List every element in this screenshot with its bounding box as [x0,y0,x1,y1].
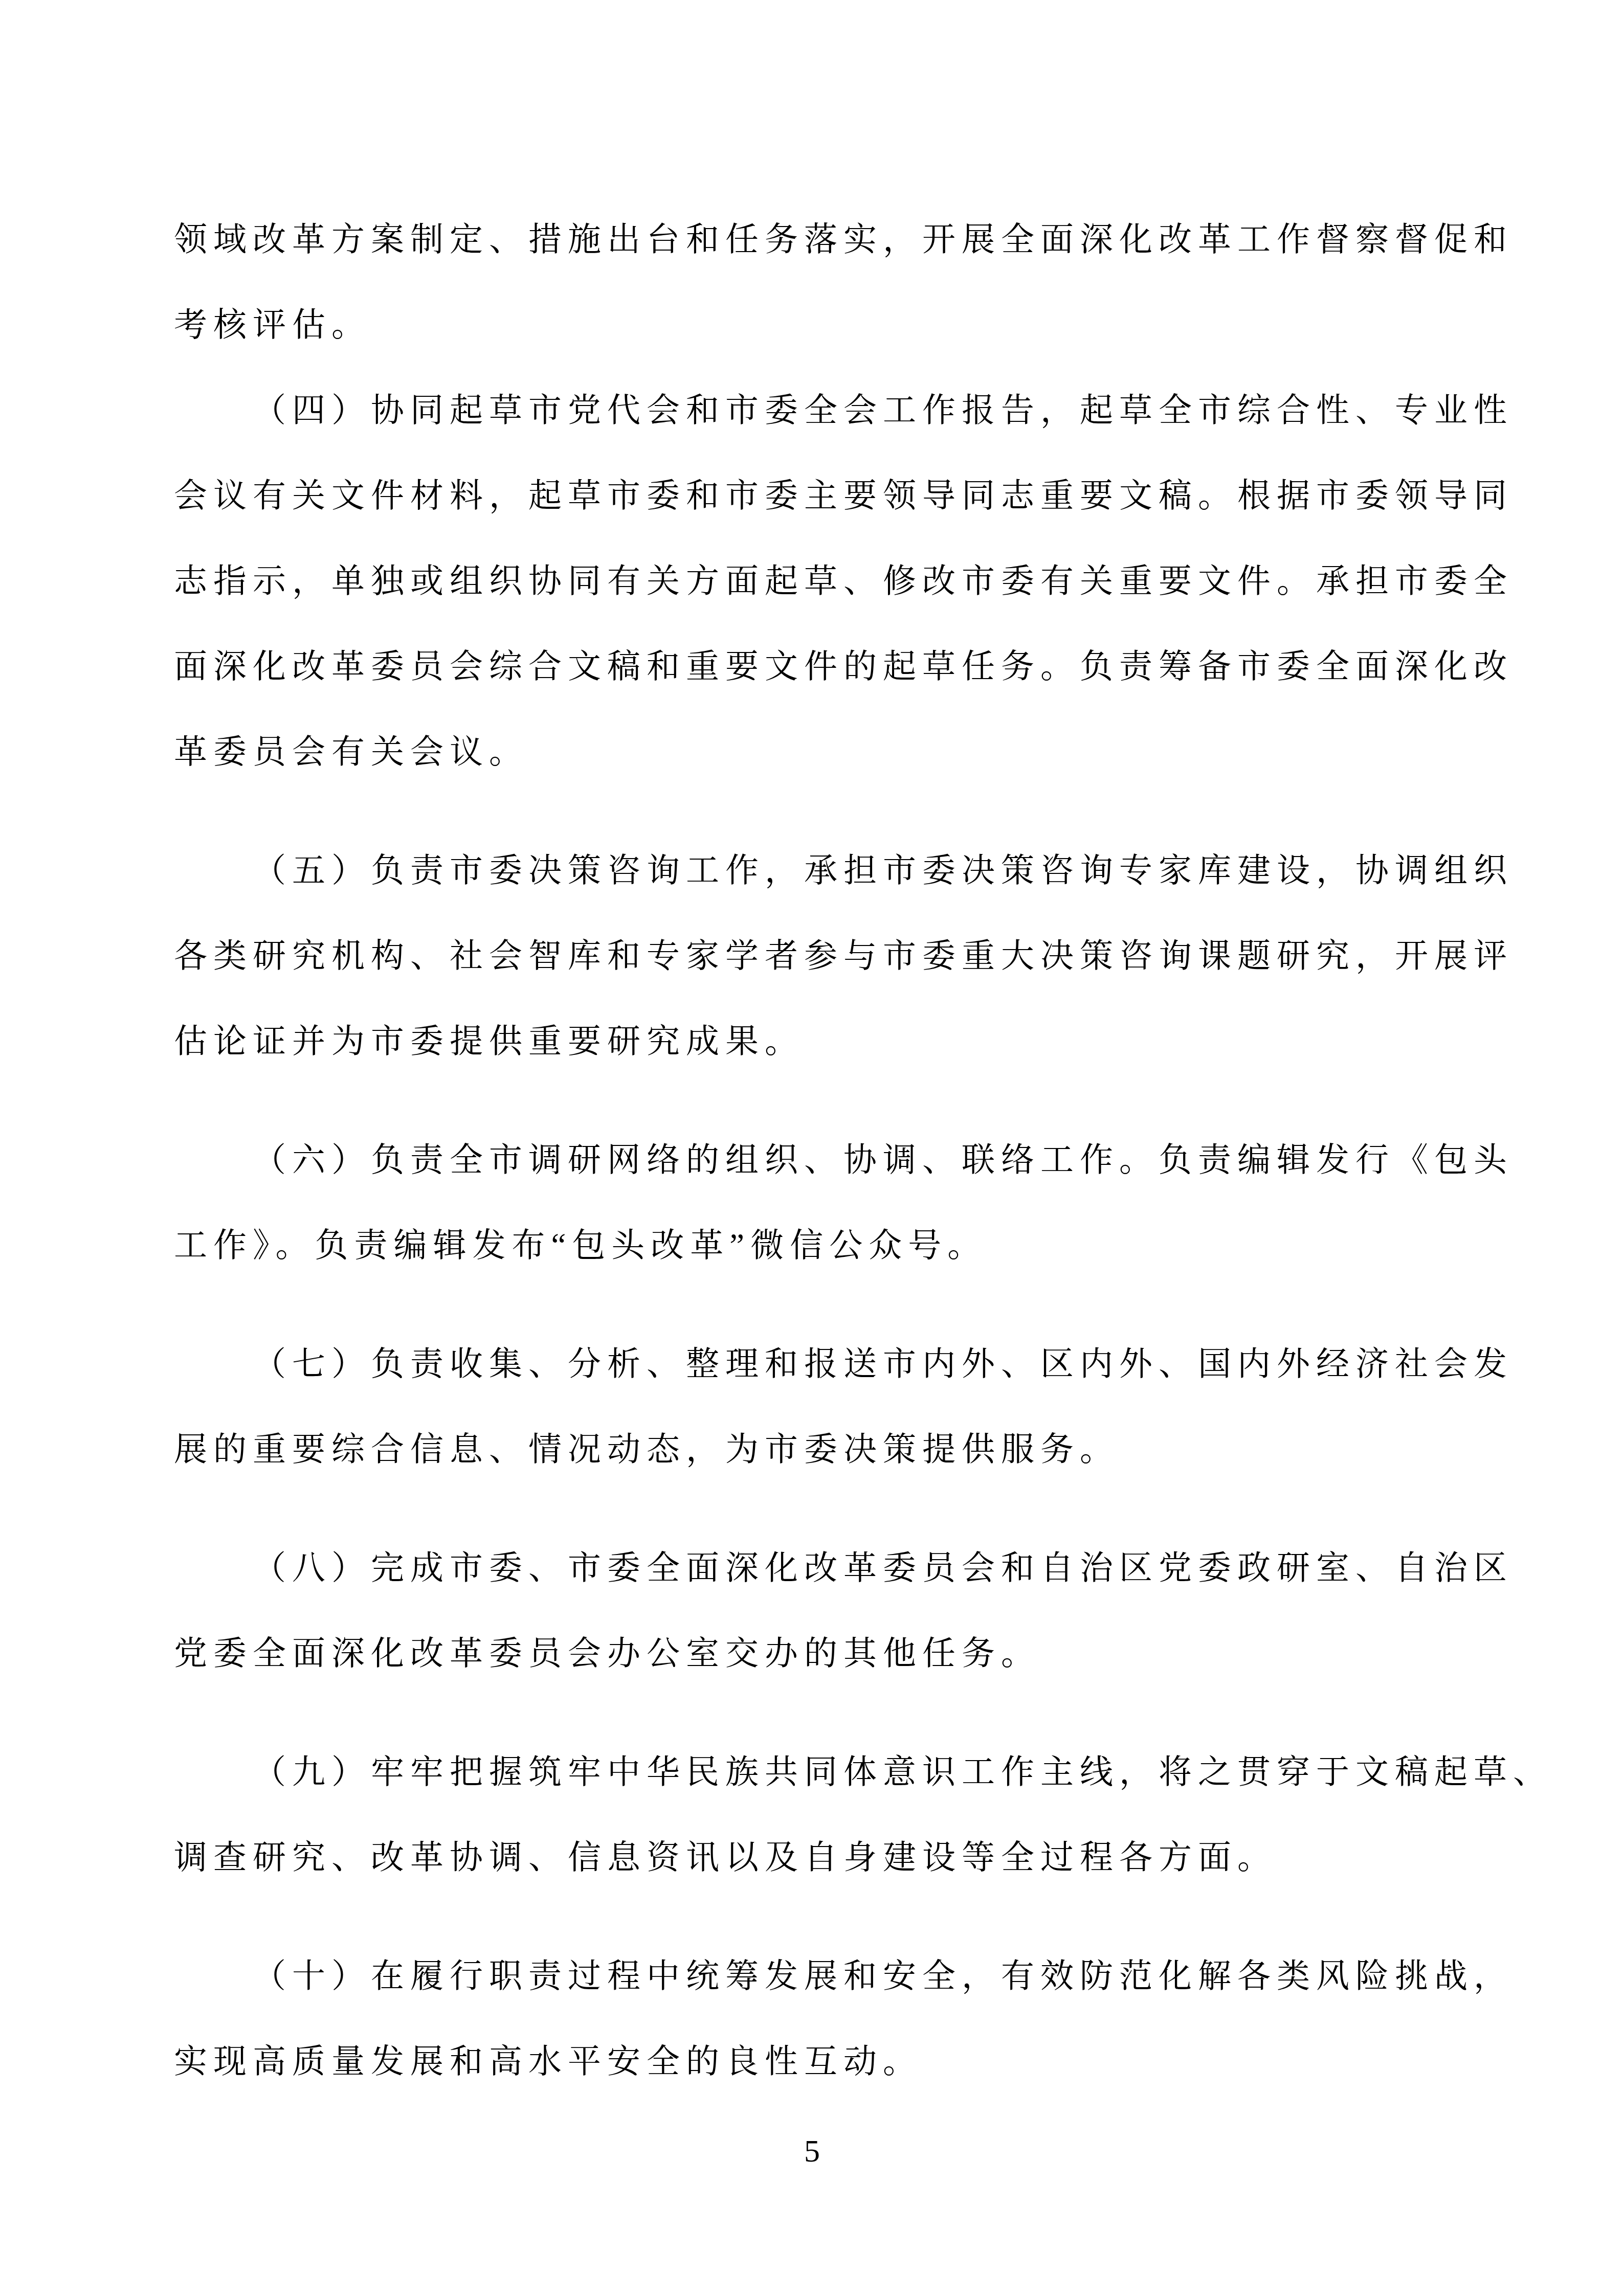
paragraph-item-9: （九）牢牢把握筑牢中华民族共同体意识工作主线，将之贯穿于文稿起草、 调查研究、改… [174,1730,1478,1901]
page-number: 5 [0,2133,1624,2169]
text-line: 会议有关文件材料，起草市委和市委主要领导同志重要文稿。根据市委领导同 [174,454,1478,539]
text-line: 志指示，单独或组织协同有关方面起草、修改市委有关重要文件。承担市委全 [174,539,1478,624]
text-line: （九）牢牢把握筑牢中华民族共同体意识工作主线，将之贯穿于文稿起草、 [174,1730,1478,1815]
text-line: （六）负责全市调研网络的组织、协调、联络工作。负责编辑发行《包头 [174,1118,1478,1203]
paragraph-item-5: （五）负责市委决策咨询工作，承担市委决策咨询专家库建设，协调组织 各类研究机构、… [174,828,1478,1085]
text-line: 考核评估。 [174,283,1478,368]
paragraph-item-7: （七）负责收集、分析、整理和报送市内外、区内外、国内外经济社会发 展的重要综合信… [174,1322,1478,1493]
paragraph-item-4: （四）协同起草市党代会和市委全会工作报告，起草全市综合性、专业性 会议有关文件材… [174,368,1478,795]
document-body: 领域改革方案制定、措施出台和任务落实，开展全面深化改革工作督察督促和 考核评估。… [174,197,1478,2105]
text-line: 面深化改革委员会综合文稿和重要文件的起草任务。负责筹备市委全面深化改 [174,624,1478,710]
text-line: 估论证并为市委提供重要研究成果。 [174,999,1478,1085]
paragraph-item-8: （八）完成市委、市委全面深化改革委员会和自治区党委政研室、自治区 党委全面深化改… [174,1526,1478,1697]
paragraph-item-6: （六）负责全市调研网络的组织、协调、联络工作。负责编辑发行《包头 工作》。负责编… [174,1118,1478,1289]
text-line: （十）在履行职责过程中统筹发展和安全，有效防范化解各类风险挑战， [174,1934,1478,2019]
text-line: （五）负责市委决策咨询工作，承担市委决策咨询专家库建设，协调组织 [174,828,1478,914]
text-line: 实现高质量发展和高水平安全的良性互动。 [174,2019,1478,2105]
text-line: （四）协同起草市党代会和市委全会工作报告，起草全市综合性、专业性 [174,368,1478,454]
text-line: （七）负责收集、分析、整理和报送市内外、区内外、国内外经济社会发 [174,1322,1478,1407]
text-line: 展的重要综合信息、情况动态，为市委决策提供服务。 [174,1407,1478,1493]
text-line: 各类研究机构、社会智库和专家学者参与市委重大决策咨询课题研究，开展评 [174,914,1478,999]
paragraph-item-10: （十）在履行职责过程中统筹发展和安全，有效防范化解各类风险挑战， 实现高质量发展… [174,1934,1478,2105]
document-page: 领域改革方案制定、措施出台和任务落实，开展全面深化改革工作督察督促和 考核评估。… [0,0,1624,2296]
text-line: 党委全面深化改革委员会办公室交办的其他任务。 [174,1611,1478,1697]
text-line: （八）完成市委、市委全面深化改革委员会和自治区党委政研室、自治区 [174,1526,1478,1611]
text-line: 革委员会有关会议。 [174,710,1478,795]
text-line: 调查研究、改革协调、信息资讯以及自身建设等全过程各方面。 [174,1815,1478,1901]
text-line: 领域改革方案制定、措施出台和任务落实，开展全面深化改革工作督察督促和 [174,197,1478,283]
text-line: 工作》。负责编辑发布“包头改革”微信公众号。 [174,1203,1478,1289]
paragraph-continuation: 领域改革方案制定、措施出台和任务落实，开展全面深化改革工作督察督促和 考核评估。 [174,197,1478,368]
